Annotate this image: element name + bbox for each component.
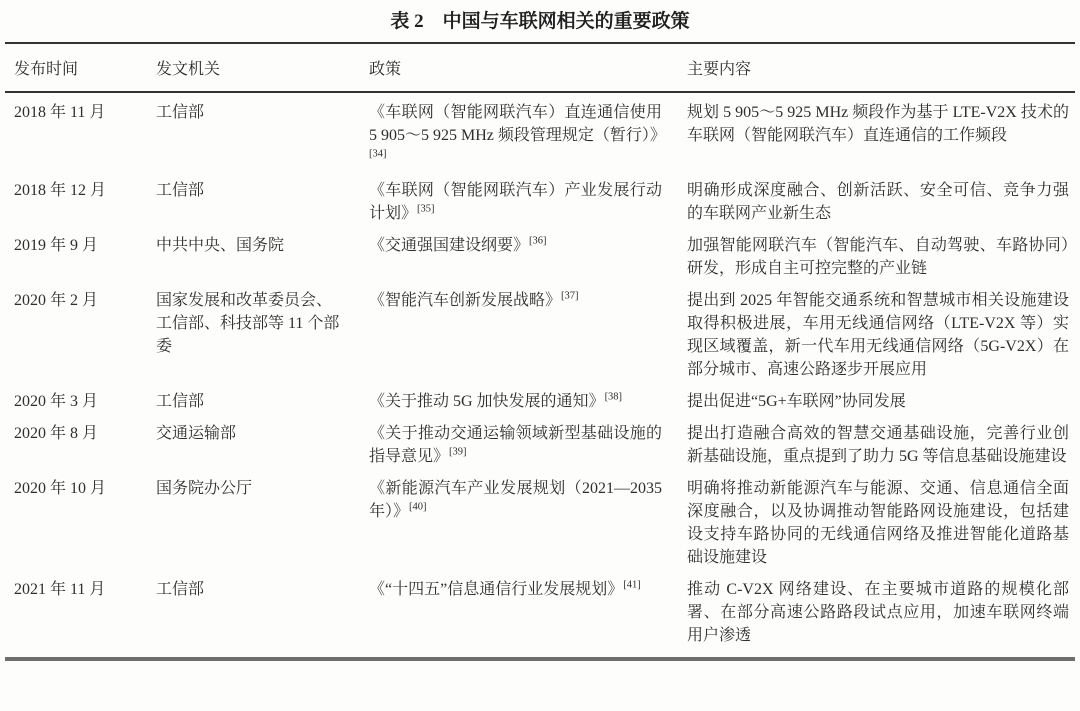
cell-date: 2018 年 12 月 — [5, 179, 147, 225]
cell-policy: 《车联网（智能网联汽车）产业发展行动计划》[35] — [360, 179, 678, 225]
cell-policy: 《关于推动 5G 加快发展的通知》[38] — [360, 390, 678, 413]
policy-name: 《新能源汽车产业发展规划（2021—2035 年）》 — [369, 480, 662, 520]
citation-ref: [34] — [369, 149, 387, 160]
cell-agency: 工信部 — [147, 578, 360, 647]
table-row: 2020 年 2 月 国家发展和改革委员会、工信部、科技部等 11 个部委 《智… — [5, 289, 1075, 381]
table-row: 2018 年 12 月 工信部 《车联网（智能网联汽车）产业发展行动计划》[35… — [5, 179, 1075, 225]
cell-policy: 《智能汽车创新发展战略》[37] — [360, 289, 678, 381]
policy-name: 《智能汽车创新发展战略》 — [369, 292, 561, 309]
citation-ref: [41] — [623, 580, 641, 591]
policy-name: 《交通强国建设纲要》 — [369, 237, 529, 254]
cell-content: 明确将推动新能源汽车与能源、交通、信息通信全面深度融合，以及协调推动智能路网设施… — [678, 477, 1075, 569]
table-header-row: 发布时间 发文机关 政策 主要内容 — [5, 44, 1075, 93]
table-row: 2020 年 8 月 交通运输部 《关于推动交通运输领域新型基础设施的指导意见》… — [5, 422, 1075, 468]
cell-agency: 交通运输部 — [147, 422, 360, 468]
cell-content: 推动 C-V2X 网络建设、在主要城市道路的规模化部署、在部分高速公路路段试点应… — [678, 578, 1075, 647]
cell-content: 提出到 2025 年智能交通系统和智慧城市相关设施建设取得积极进展，车用无线通信… — [678, 289, 1075, 381]
cell-policy: 《交通强国建设纲要》[36] — [360, 234, 678, 280]
cell-policy: 《“十四五”信息通信行业发展规划》[41] — [360, 578, 678, 647]
policy-name: 《车联网（智能网联汽车）直连通信使用 5 905～5 925 MHz 频段管理规… — [369, 104, 666, 144]
table-row: 2020 年 10 月 国务院办公厅 《新能源汽车产业发展规划（2021—203… — [5, 477, 1075, 569]
citation-ref: [36] — [529, 236, 547, 247]
column-header-content: 主要内容 — [678, 56, 1075, 79]
policy-table: 发布时间 发文机关 政策 主要内容 2018 年 11 月 工信部 《车联网（智… — [5, 42, 1075, 661]
cell-agency: 工信部 — [147, 390, 360, 413]
cell-date: 2020 年 3 月 — [5, 390, 147, 413]
cell-policy: 《新能源汽车产业发展规划（2021—2035 年）》[40] — [360, 477, 678, 569]
column-header-agency: 发文机关 — [147, 56, 360, 79]
cell-agency: 国家发展和改革委员会、工信部、科技部等 11 个部委 — [147, 289, 360, 381]
table-row: 2018 年 11 月 工信部 《车联网（智能网联汽车）直连通信使用 5 905… — [5, 101, 1075, 170]
column-header-policy: 政策 — [360, 56, 678, 79]
cell-content: 提出促进“5G+车联网”协同发展 — [678, 390, 1075, 413]
table-caption: 表 2 中国与车联网相关的重要政策 — [5, 0, 1075, 42]
cell-date: 2020 年 10 月 — [5, 477, 147, 569]
citation-ref: [35] — [417, 204, 435, 215]
cell-date: 2018 年 11 月 — [5, 101, 147, 170]
document-page: 表 2 中国与车联网相关的重要政策 发布时间 发文机关 政策 主要内容 2018… — [0, 0, 1080, 661]
cell-date: 2021 年 11 月 — [5, 578, 147, 647]
cell-date: 2020 年 8 月 — [5, 422, 147, 468]
cell-content: 规划 5 905～5 925 MHz 频段作为基于 LTE-V2X 技术的车联网… — [678, 101, 1075, 170]
policy-name: 《关于推动交通运输领域新型基础设施的指导意见》 — [369, 425, 662, 465]
policy-name: 《“十四五”信息通信行业发展规划》 — [369, 581, 623, 598]
cell-date: 2019 年 9 月 — [5, 234, 147, 280]
policy-name: 《车联网（智能网联汽车）产业发展行动计划》 — [369, 182, 662, 222]
table-body: 2018 年 11 月 工信部 《车联网（智能网联汽车）直连通信使用 5 905… — [5, 93, 1075, 657]
cell-agency: 中共中央、国务院 — [147, 234, 360, 280]
cell-content: 提出打造融合高效的智慧交通基础设施，完善行业创新基础设施，重点提到了助力 5G … — [678, 422, 1075, 468]
cell-agency: 工信部 — [147, 179, 360, 225]
column-header-date: 发布时间 — [5, 56, 147, 79]
cell-agency: 国务院办公厅 — [147, 477, 360, 569]
citation-ref: [38] — [605, 392, 623, 403]
cell-content: 明确形成深度融合、创新活跃、安全可信、竞争力强的车联网产业新生态 — [678, 179, 1075, 225]
cell-policy: 《关于推动交通运输领域新型基础设施的指导意见》[39] — [360, 422, 678, 468]
policy-name: 《关于推动 5G 加快发展的通知》 — [369, 393, 605, 410]
table-row: 2019 年 9 月 中共中央、国务院 《交通强国建设纲要》[36] 加强智能网… — [5, 234, 1075, 280]
cell-date: 2020 年 2 月 — [5, 289, 147, 381]
citation-ref: [40] — [409, 502, 427, 513]
table-row: 2021 年 11 月 工信部 《“十四五”信息通信行业发展规划》[41] 推动… — [5, 578, 1075, 647]
citation-ref: [37] — [561, 291, 579, 302]
cell-agency: 工信部 — [147, 101, 360, 170]
cell-content: 加强智能网联汽车（智能汽车、自动驾驶、车路协同）研发，形成自主可控完整的产业链 — [678, 234, 1075, 280]
table-row: 2020 年 3 月 工信部 《关于推动 5G 加快发展的通知》[38] 提出促… — [5, 390, 1075, 413]
citation-ref: [39] — [449, 447, 467, 458]
cell-policy: 《车联网（智能网联汽车）直连通信使用 5 905～5 925 MHz 频段管理规… — [360, 101, 678, 170]
